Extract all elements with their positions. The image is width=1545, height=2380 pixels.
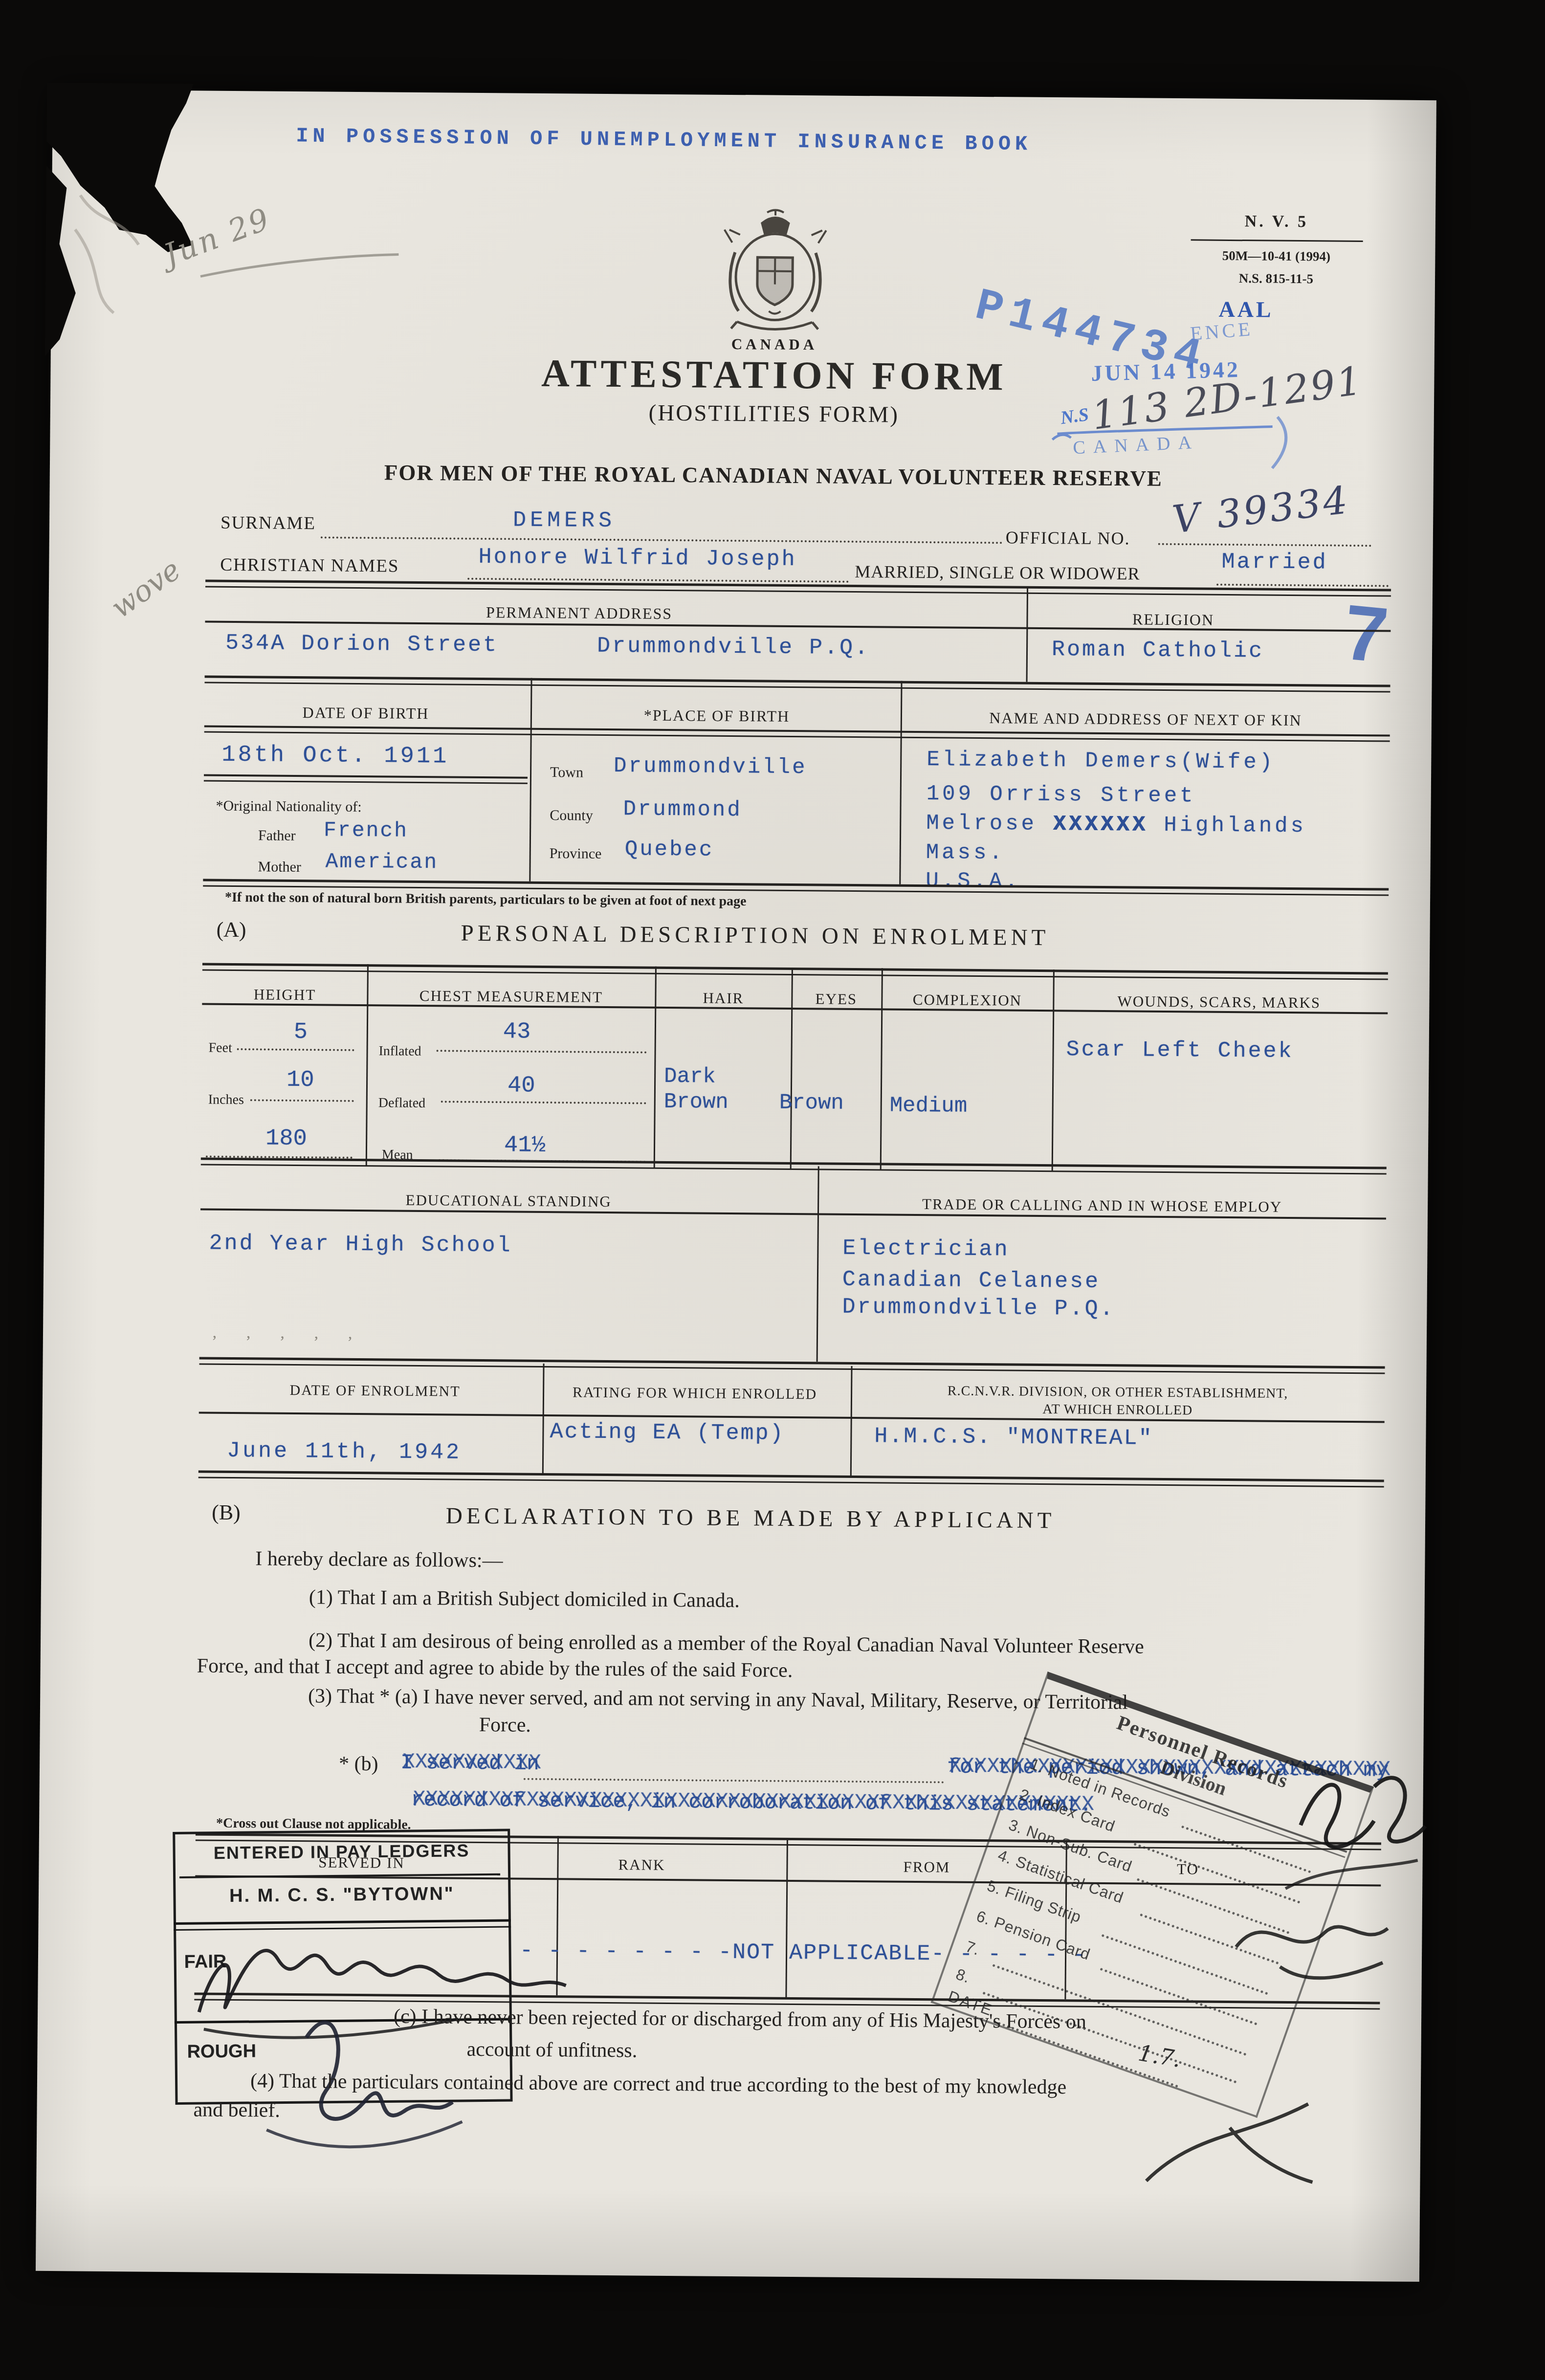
rule-enrol-bottom	[199, 1470, 1384, 1487]
rule-dob-cell	[204, 774, 528, 784]
section-b-title: DECLARATION TO BE MADE BY APPLICANT	[446, 1502, 1056, 1534]
deflated-label: Deflated	[378, 1095, 426, 1111]
religion-value: Roman Catholic	[1052, 637, 1264, 663]
col-complexion: COMPLEXION	[913, 991, 1022, 1010]
served-div-2	[785, 1838, 788, 1997]
clause-2b: Force, and that I accept and agree to ab…	[197, 1654, 793, 1682]
inflated-label: Inflated	[378, 1043, 421, 1059]
col-rank: RANK	[618, 1856, 665, 1874]
mother-label: Mother	[258, 859, 301, 876]
division-header-1: R.C.N.V.R. DIVISION, OR OTHER ESTABLISHM…	[948, 1383, 1288, 1401]
kin-header: NAME AND ADDRESS OF NEXT OF KIN	[989, 709, 1302, 729]
col-wounds: WOUNDS, SCARS, MARKS	[1118, 992, 1321, 1012]
col-height: HEIGHT	[254, 986, 316, 1004]
clause-3a: (3) That * (a) I have never served, and …	[308, 1684, 1128, 1714]
eyes-value: Brown	[779, 1091, 844, 1116]
file-reference: N.S. 815-11-5	[1239, 271, 1314, 286]
pob-header: *PLACE OF BIRTH	[644, 706, 790, 726]
county-value: Drummond	[623, 797, 742, 822]
kin-line-1: Elizabeth Demers(Wife)	[927, 748, 1275, 775]
clause-b-tag: * (b)	[339, 1752, 378, 1776]
pencil-underline	[198, 252, 403, 283]
pencil-scribble: wove	[105, 552, 187, 625]
scanned-attestation-form: { "colors": { "paper": "#e9e6df", "ink":…	[0, 0, 1545, 2380]
desc-div-4	[880, 968, 883, 1169]
flourish-bottom	[1126, 2093, 1323, 2202]
official-no-leader	[1158, 540, 1371, 547]
town-value: Drummondville	[614, 754, 807, 780]
clause-3b: Force.	[479, 1713, 531, 1737]
surname-label: SURNAME	[221, 512, 316, 534]
col-eyes: EYES	[816, 990, 858, 1008]
form-number-rule	[1191, 239, 1363, 242]
official-no-value: V 39334	[1170, 478, 1352, 542]
inches-value: 10	[287, 1067, 314, 1093]
kin-strikeover: XXXXXX	[1053, 812, 1148, 837]
education-header: EDUCATIONAL STANDING	[405, 1191, 612, 1211]
rating-header: RATING FOR WHICH ENROLLED	[573, 1384, 817, 1403]
marital-value: Married	[1221, 550, 1327, 575]
trade-line-3: Drummondville P.Q.	[842, 1295, 1115, 1322]
rating-value: Acting EA (Temp)	[550, 1419, 784, 1446]
form-number: N. V. 5	[1245, 212, 1308, 231]
feet-label: Feet	[208, 1040, 232, 1056]
marital-label: MARRIED, SINGLE OR WIDOWER	[855, 561, 1140, 584]
weight-value: 180	[265, 1125, 307, 1152]
col-from: FROM	[903, 1858, 950, 1876]
feet-value: 5	[294, 1019, 308, 1045]
father-nationality: French	[324, 818, 408, 842]
rule-under-enrol-header	[199, 1411, 1385, 1423]
christian-names-value: Honore Wilfrid Joseph	[478, 545, 796, 572]
records-item-8: 8.	[953, 1965, 972, 1986]
city-value: Drummondville P.Q.	[597, 634, 870, 661]
pay-ledger-rule-1	[179, 1873, 500, 1878]
edu-divider	[817, 1166, 819, 1362]
desc-div-1	[366, 964, 369, 1166]
unemployment-book-stamp: IN POSSESSION OF UNEMPLOYMENT INSURANCE …	[296, 124, 1032, 156]
section-a-title: PERSONAL DESCRIPTION ON ENROLMENT	[461, 920, 1049, 951]
page-title: ATTESTATION FORM	[541, 352, 1007, 399]
education-value: 2nd Year High School	[209, 1231, 512, 1258]
clause-c2: account of unfitness.	[466, 2038, 637, 2063]
nationality-note: *Original Nationality of:	[216, 798, 362, 815]
marital-leader	[1216, 581, 1389, 587]
trade-line-1: Electrician	[842, 1236, 1009, 1262]
rule-address-bottom	[204, 675, 1390, 692]
section-b-tag: (B)	[212, 1500, 241, 1525]
hair-value-1: Dark	[664, 1064, 716, 1089]
document-paper: Jun 29 wove IN POSSESSION OF UNEMPLOYMEN…	[36, 89, 1436, 2282]
initials-flourish-2	[1221, 1888, 1398, 1997]
defence-stamp-fragment: ENCE	[1190, 317, 1254, 345]
province-label: Province	[550, 845, 602, 862]
surname-leader	[321, 533, 1003, 544]
declaration-intro: I hereby declare as follows:—	[255, 1547, 503, 1572]
father-label: Father	[258, 827, 296, 844]
trade-line-2: Canadian Celanese	[842, 1267, 1100, 1294]
kin-line-3: Melrose XXXXXX Highlands	[926, 811, 1306, 838]
dob-value: 18th Oct. 1911	[221, 742, 449, 770]
hair-value-2: Brown	[664, 1090, 728, 1115]
pencil-ticks: ’ ’ ’ ’ ’	[212, 1333, 366, 1352]
enrol-divider-1	[542, 1364, 545, 1473]
enrol-divider-2	[850, 1366, 853, 1476]
wounds-value: Scar Left Cheek	[1066, 1037, 1293, 1064]
margin-numeral: 7	[1340, 587, 1392, 681]
pay-ledger-line-1: ENTERED IN PAY LEDGERS	[214, 1840, 470, 1863]
dob-header: DATE OF BIRTH	[302, 704, 429, 723]
enrolment-date-value: June 11th, 1942	[227, 1438, 462, 1465]
christian-names-label: CHRISTIAN NAMES	[220, 554, 399, 577]
street-value: 534A Dorion Street	[225, 631, 498, 658]
county-label: County	[550, 807, 593, 824]
christian-names-leader	[467, 575, 849, 583]
records-item-7: 7.	[963, 1938, 982, 1959]
rule-desc-bottom	[201, 1157, 1387, 1174]
crest-caption: CANADA	[731, 335, 818, 353]
mean-value: 41½	[504, 1132, 546, 1159]
desc-div-2	[654, 967, 657, 1168]
inflated-value: 43	[503, 1019, 531, 1045]
rule-edu-bottom	[199, 1357, 1385, 1374]
audience-line: FOR MEN OF THE ROYAL CANADIAN NAVAL VOLU…	[384, 460, 1163, 491]
trade-header: TRADE OR CALLING AND IN WHOSE EMPLOY	[922, 1195, 1282, 1216]
section-a-tag: (A)	[216, 917, 246, 942]
inflated-leader	[437, 1047, 647, 1053]
surname-value: DEMERS	[513, 507, 616, 533]
permanent-address-header: PERMANENT ADDRESS	[486, 603, 672, 623]
clause-b-leader	[524, 1775, 944, 1784]
clause-4b: and belief.	[193, 2098, 280, 2122]
inches-label: Inches	[208, 1092, 244, 1108]
clause-b-crossed-3: record of service, in corroboration of t…	[411, 1788, 1092, 1817]
birth-divider-1	[529, 678, 532, 881]
town-label: Town	[550, 764, 583, 781]
kin-line-4: Mass.	[926, 840, 1005, 865]
coat-of-arms	[720, 208, 831, 331]
birth-divider-2	[899, 681, 902, 884]
birth-footnote: *If not the son of natural born British …	[225, 890, 747, 909]
kin-line-2: 109 Orriss Street	[927, 782, 1196, 808]
division-header-2: AT WHICH ENROLLED	[1042, 1402, 1192, 1418]
deflated-value: 40	[508, 1073, 535, 1099]
mother-nationality: American	[325, 849, 438, 874]
division-value: H.M.C.S. "MONTREAL"	[874, 1424, 1153, 1451]
religion-header: RELIGION	[1132, 610, 1214, 629]
rule-desc-top	[202, 963, 1388, 980]
initials-flourish-1	[1271, 1742, 1429, 1905]
clause-1: (1) That I am a British Subject domicile…	[309, 1586, 740, 1612]
official-no-label: OFFICIAL NO.	[1006, 527, 1130, 549]
desc-div-3	[790, 968, 793, 1169]
col-chest: CHEST MEASUREMENT	[419, 987, 603, 1006]
feet-leader	[237, 1045, 354, 1051]
address-divider	[1026, 588, 1029, 682]
enrolment-date-header: DATE OF ENROLMENT	[289, 1382, 460, 1400]
deflated-leader	[441, 1098, 646, 1104]
records-date-value: 1.7.	[1136, 2039, 1183, 2072]
inches-leader	[250, 1096, 354, 1102]
col-hair: HAIR	[703, 990, 744, 1008]
desc-div-5	[1052, 970, 1055, 1171]
print-run: 50M—10-41 (1994)	[1222, 248, 1330, 264]
province-value: Quebec	[625, 837, 714, 862]
page-subtitle: (HOSTILITIES FORM)	[649, 400, 900, 428]
complexion-value: Medium	[890, 1094, 968, 1119]
clause-b-crossed-1: I served in	[400, 1751, 539, 1776]
clause-2a: (2) That I am desirous of being enrolled…	[309, 1629, 1144, 1658]
